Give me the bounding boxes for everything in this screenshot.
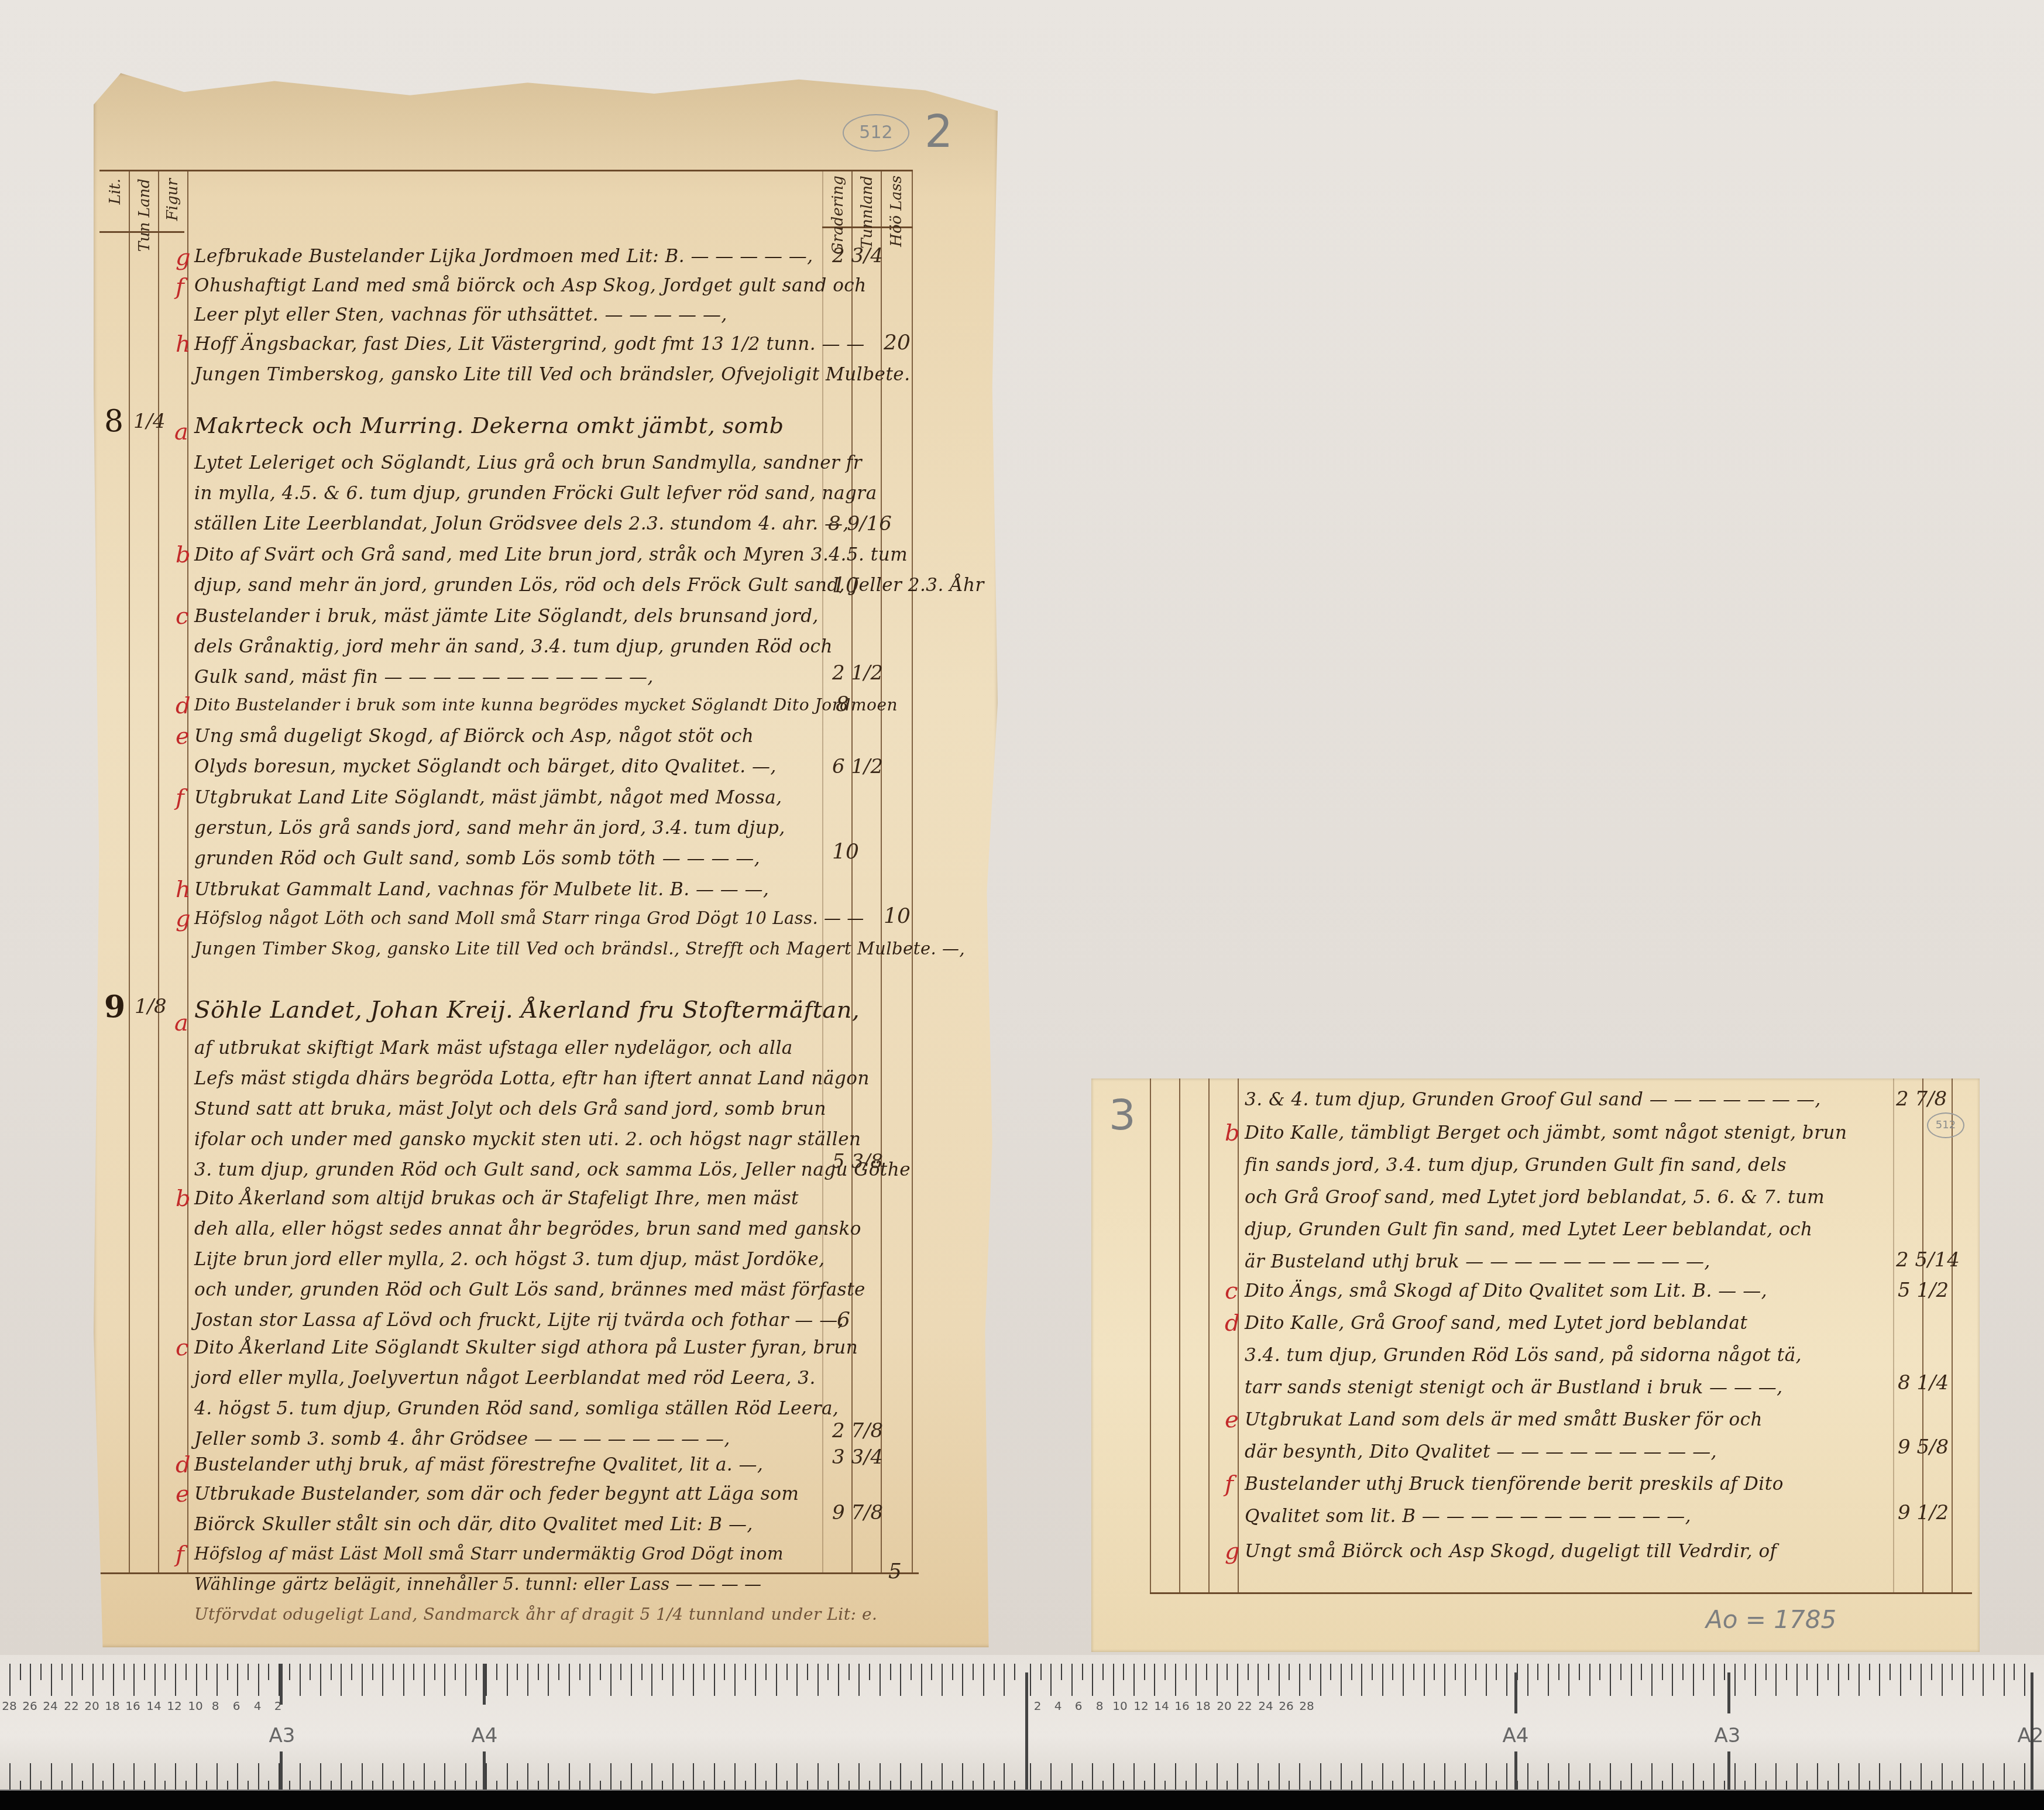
ruler-tick <box>465 1664 466 1696</box>
ruler-tick <box>123 1664 125 1680</box>
ruler-tick <box>1092 1664 1093 1696</box>
entry-line: deh alla, eller högst sedes annat åhr be… <box>194 1218 861 1239</box>
ruler-tick <box>175 1664 176 1696</box>
ruler-tick <box>248 1781 249 1790</box>
ruler-tick <box>382 1664 383 1696</box>
ruler-tick <box>994 1664 995 1680</box>
ruler-tick <box>372 1664 373 1680</box>
ruler-tick <box>1879 1763 1880 1790</box>
entry-line: Höfslog något Löth och sand Moll små Sta… <box>194 908 864 928</box>
ruler-label: 20 <box>1217 1699 1231 1713</box>
ruler-tick <box>1599 1664 1600 1680</box>
ruler-tick <box>1424 1763 1425 1790</box>
ruler-tick <box>1599 1781 1600 1790</box>
ruler-tick <box>1279 1664 1280 1696</box>
tunnland-value: 9 5/8 <box>1898 1435 1949 1459</box>
ruler-tick <box>527 1664 528 1696</box>
ruler-tick <box>393 1664 394 1680</box>
ruler-tick <box>496 1781 497 1790</box>
ruler-tick <box>1320 1664 1321 1696</box>
ruler-tick <box>817 1664 819 1696</box>
ruler-tick <box>61 1781 63 1790</box>
col-rule <box>1893 1079 1894 1593</box>
ruler-tick <box>1403 1763 1404 1790</box>
ruler-tick <box>1703 1781 1704 1790</box>
entry-letter: a <box>174 1009 188 1036</box>
ruler-tick <box>579 1781 580 1790</box>
ruler-label: 16 <box>125 1699 140 1713</box>
ruler-tick <box>1164 1664 1166 1680</box>
ruler-tick <box>1164 1781 1166 1790</box>
ruler-tick <box>113 1664 114 1696</box>
entry-letter: d <box>176 692 191 719</box>
table-bottom-rule <box>1150 1592 1972 1594</box>
ruler-tick <box>776 1664 777 1696</box>
ruler-tick <box>620 1664 621 1680</box>
ruler-tick <box>30 1763 31 1790</box>
ruler-tick <box>1983 1664 1984 1696</box>
ruler-tick <box>1196 1664 1197 1696</box>
entry-letter: f <box>176 784 184 811</box>
ruler-tick <box>1806 1781 1808 1790</box>
ruler-tick <box>1175 1664 1176 1696</box>
ruler-tick <box>1361 1763 1362 1790</box>
ruler-label: 8 <box>1096 1699 1104 1713</box>
entry-line: där besynth, Dito Qvalitet — — — — — — —… <box>1245 1441 1717 1462</box>
ruler-tick <box>1568 1664 1569 1696</box>
column-header-tunland: Tun Land <box>136 178 153 252</box>
ruler-tick <box>1952 1664 1953 1680</box>
entry-line: Dito Bustelander i bruk som inte kunna b… <box>194 695 898 715</box>
entry-line: Ohushaftigt Land med små biörck och Asp … <box>194 275 867 296</box>
ruler-tick <box>2004 1763 2005 1790</box>
ruler-tick <box>1631 1664 1632 1696</box>
ruler-tick <box>931 1781 932 1790</box>
ruler-tick <box>1014 1781 1015 1790</box>
entry-letter: g <box>176 905 191 932</box>
ruler-label: 4 <box>254 1699 262 1713</box>
ruler-tick <box>1900 1763 1901 1790</box>
ruler-tick <box>1662 1664 1663 1680</box>
ruler-tick <box>1424 1664 1425 1696</box>
entry-line: Jostan stor Lassa af Lövd och fruckt, Li… <box>194 1310 844 1331</box>
ruler-tick <box>600 1664 601 1680</box>
ruler-tick <box>1775 1763 1777 1790</box>
page-number: 2 <box>925 105 953 157</box>
entry-letter: g <box>1225 1538 1240 1565</box>
entry-line: Dito Åkerland Lite Söglandt Skulter sigd… <box>194 1337 858 1358</box>
ruler-tick <box>1113 1664 1114 1696</box>
ruler-tick <box>1227 1781 1228 1790</box>
ruler-tick <box>9 1664 11 1696</box>
ruler-tick <box>1693 1763 1694 1790</box>
ruler-tick <box>217 1763 218 1790</box>
ruler-tick <box>703 1781 705 1790</box>
paper-size-label-a4: A4 <box>472 1724 498 1747</box>
entry-line: Jeller somb 3. somb 4. åhr Grödsee — — —… <box>194 1428 730 1450</box>
ruler-tick <box>1713 1763 1715 1790</box>
ruler-tick <box>827 1781 829 1790</box>
ruler-label: 18 <box>1196 1699 1210 1713</box>
ruler-tick <box>1548 1664 1549 1696</box>
ruler-tick <box>1258 1763 1259 1790</box>
ruler-tick <box>2004 1664 2005 1696</box>
ruler-tick <box>1859 1664 1860 1696</box>
col-rule <box>912 170 913 1574</box>
tunnland-value: 8 9/16 <box>828 512 892 535</box>
ruler-tick <box>1475 1781 1476 1790</box>
ruler-tick <box>507 1763 508 1790</box>
ruler-tick <box>1475 1664 1476 1680</box>
ruler-tick <box>444 1763 445 1790</box>
ruler-tick <box>1186 1781 1187 1790</box>
entry-line: djup, Grunden Gult fin sand, med Lytet L… <box>1245 1219 1813 1240</box>
ruler-tick <box>1962 1763 1963 1790</box>
ruler-label: 20 <box>84 1699 99 1713</box>
ruler-tick <box>1734 1763 1736 1790</box>
entry-line: Olyds boresun, mycket Söglandt och bärge… <box>194 756 777 777</box>
ruler-tick <box>206 1664 207 1680</box>
ruler-tick <box>1014 1664 1015 1680</box>
ruler-tick <box>1506 1763 1507 1790</box>
ruler-tick <box>82 1781 83 1790</box>
ruler-tick <box>1931 1781 1932 1790</box>
ruler-tick <box>1341 1763 1342 1790</box>
row-fraction: 1/4 <box>133 410 166 433</box>
ruler-tick <box>548 1763 549 1790</box>
tunnland-value: 10 <box>832 573 859 597</box>
entry-line: och under, grunden Röd och Gult Lös sand… <box>194 1279 865 1300</box>
ruler-tick <box>1755 1763 1756 1790</box>
entry-letter: g <box>176 244 191 271</box>
ruler-tick <box>92 1763 94 1790</box>
ruler-tick <box>1910 1664 1911 1680</box>
ruler-tick <box>102 1781 104 1790</box>
ruler-tick <box>1900 1664 1901 1696</box>
ruler-tick <box>486 1763 487 1790</box>
ruler-tick <box>20 1781 21 1790</box>
ruler-tick <box>1548 1763 1549 1790</box>
ruler-tick <box>71 1763 73 1790</box>
ruler-tick <box>973 1781 974 1790</box>
ruler-tick <box>527 1763 528 1790</box>
ruler-tick <box>1558 1664 1559 1680</box>
paper-size-marker <box>483 1664 486 1705</box>
entry-line: Bustelander i bruk, mäst jämte Lite Sögl… <box>194 606 819 627</box>
column-header-figur: Figur <box>164 178 181 221</box>
ruler-tick <box>1206 1781 1207 1790</box>
ruler-tick <box>1361 1664 1362 1696</box>
ruler-tick <box>1682 1664 1684 1680</box>
entry-letter: c <box>176 603 188 630</box>
entry-line: Jungen Timberskog, gansko Lite till Ved … <box>194 364 911 385</box>
table-top-rule <box>99 170 913 171</box>
ruler-tick <box>745 1664 746 1680</box>
ruler-tick <box>610 1763 612 1790</box>
ruler-tick <box>1983 1763 1984 1790</box>
ruler-tick <box>796 1664 798 1696</box>
ruler-tick <box>1486 1664 1487 1696</box>
ruler-tick <box>1579 1781 1580 1790</box>
ruler-tick <box>1952 1781 1953 1790</box>
ruler-tick <box>538 1781 539 1790</box>
ruler-tick <box>393 1781 394 1790</box>
tunnland-value: 10 <box>832 840 859 864</box>
ruler-tick <box>102 1664 104 1680</box>
ruler-tick <box>1144 1664 1145 1680</box>
ruler-tick <box>921 1763 922 1790</box>
ruler-tick <box>40 1664 42 1680</box>
ruler-tick <box>1744 1664 1746 1680</box>
ruler-tick <box>1942 1763 1943 1790</box>
col-rule <box>158 170 159 1574</box>
ruler-tick <box>1050 1664 1052 1696</box>
ruler-tick <box>268 1781 269 1790</box>
tunnland-value: 8 1/4 <box>1898 1371 1949 1395</box>
ruler-tick <box>672 1664 674 1696</box>
column-header-gradering: Gradering <box>829 176 847 255</box>
ruler-tick <box>1848 1664 1849 1680</box>
ruler-tick <box>1455 1781 1456 1790</box>
ruler-label: 24 <box>43 1699 57 1713</box>
ruler-tick <box>1765 1664 1767 1680</box>
ruler-tick <box>693 1763 694 1790</box>
ruler-tick <box>1786 1664 1787 1680</box>
ruler-tick <box>911 1664 912 1680</box>
ruler-tick <box>600 1781 601 1790</box>
ruler-tick <box>858 1664 860 1696</box>
ruler-tick <box>1651 1664 1653 1696</box>
ruler-tick <box>1092 1763 1093 1790</box>
ruler-label: 4 <box>1054 1699 1062 1713</box>
entry-letter: e <box>176 723 190 750</box>
entry-line: Qvalitet som lit. B — — — — — — — — — — … <box>1245 1506 1691 1527</box>
ruler-tick <box>651 1763 652 1790</box>
ruler-tick <box>300 1664 301 1696</box>
ruler-tick <box>1527 1664 1528 1696</box>
entry-line: Lefbrukade Bustelander Lijka Jordmoen me… <box>194 246 813 267</box>
ruler-tick <box>880 1763 881 1790</box>
col-rule <box>1208 1079 1210 1593</box>
ruler-tick <box>1413 1781 1414 1790</box>
ruler-tick <box>331 1781 332 1790</box>
ruler-tick <box>164 1664 166 1680</box>
ruler-tick <box>921 1664 922 1696</box>
ruler-tick <box>1330 1781 1331 1790</box>
col-rule <box>129 170 130 1574</box>
ruler-tick <box>455 1781 456 1790</box>
ruler-tick <box>1392 1664 1393 1680</box>
entry-line: Bustelander uthj Bruck tienförende berit… <box>1245 1474 1784 1495</box>
entry-line: Gulk sand, mäst fin — — — — — — — — — — … <box>194 667 654 688</box>
ruler-tick <box>465 1763 466 1790</box>
ruler-tick <box>838 1763 839 1790</box>
entry-line: Dito Kalle, tämbligt Berget och jämbt, s… <box>1245 1122 1847 1143</box>
entry-letter: e <box>176 1481 190 1507</box>
paper-size-marker <box>1025 1672 1028 1790</box>
entry-line: ifolar och under med gansko myckit sten … <box>194 1129 861 1150</box>
entry-line: Bustelander uthj bruk, af mäst förestref… <box>194 1454 763 1475</box>
tunnland-value: 9 1/2 <box>1898 1501 1949 1524</box>
ruler-tick <box>786 1664 788 1680</box>
ruler-tick <box>1310 1781 1311 1790</box>
entry-line: tarr sands stenigt stenigt och är Bustla… <box>1245 1377 1783 1398</box>
ruler-tick <box>1786 1781 1787 1790</box>
ruler-tick <box>1827 1781 1829 1790</box>
col-rule <box>1150 1079 1151 1593</box>
ruler-tick <box>1641 1781 1642 1790</box>
tunnland-value: 2 3/4 <box>832 244 883 267</box>
entry-line: Leer plyt eller Sten, vachnas för uthsät… <box>194 304 727 325</box>
entry-line: grunden Röd och Gult sand, somb Lös somb… <box>194 848 760 869</box>
ruler-tick <box>310 1781 311 1790</box>
paper-size-label-a4: A4 <box>1503 1724 1529 1747</box>
entry-line: Ungt små Biörck och Asp Skogd, dugeligt … <box>1245 1541 1777 1562</box>
entry-line: Dito af Svärt och Grå sand, med Lite bru… <box>194 544 908 565</box>
ruler-label: 24 <box>1258 1699 1273 1713</box>
entry-line: dels Grånaktig, jord mehr än sand, 3.4. … <box>194 636 833 657</box>
ruler-tick <box>1620 1664 1622 1680</box>
ruler-tick <box>1351 1664 1352 1680</box>
ruler-tick <box>1206 1664 1207 1680</box>
ruler-tick <box>1662 1781 1663 1790</box>
measurement-ruler: 28 26 24 22 20 18 16 14 12 10 8 6 4 2 2 … <box>0 1655 2044 1791</box>
paper-size-marker <box>1727 1672 1730 1713</box>
ruler-tick <box>51 1664 52 1696</box>
ruler-tick <box>1154 1763 1155 1790</box>
ruler-tick <box>1382 1763 1383 1790</box>
ruler-tick <box>558 1781 559 1790</box>
entry-line: Jungen Timber Skog, gansko Lite till Ved… <box>194 939 965 959</box>
entry-letter: c <box>1225 1277 1238 1304</box>
ruler-tick <box>1838 1763 1839 1790</box>
entry-line: Lefs mäst stigda dhärs begröda Lotta, ef… <box>194 1068 870 1089</box>
ruler-tick <box>341 1664 342 1696</box>
entry-letter: f <box>176 273 184 300</box>
ruler-tick <box>424 1763 425 1790</box>
entry-line: Lytet Leleriget och Söglandt, Lius grå o… <box>194 452 862 473</box>
ruler-label: 22 <box>1237 1699 1252 1713</box>
ruler-tick <box>144 1781 145 1790</box>
entry-line: 3. tum djup, grunden Röd och Gult sand, … <box>194 1159 911 1180</box>
ruler-tick <box>1268 1781 1269 1790</box>
ruler-tick <box>1434 1664 1435 1680</box>
ruler-tick <box>1237 1763 1238 1790</box>
entry-line: är Busteland uthj bruk — — — — — — — — —… <box>1245 1251 1710 1272</box>
ruler-tick <box>807 1781 808 1790</box>
ruler-tick <box>1869 1664 1870 1680</box>
ruler-tick <box>434 1664 435 1680</box>
ruler-tick <box>1672 1763 1673 1790</box>
ruler-tick <box>858 1763 860 1790</box>
ruler-tick <box>154 1664 156 1696</box>
ruler-tick <box>620 1781 621 1790</box>
ruler-tick <box>341 1763 342 1790</box>
ruler-tick <box>610 1664 612 1696</box>
ruler-tick <box>2014 1781 2015 1790</box>
ruler-tick <box>413 1664 414 1680</box>
ruler-tick <box>838 1664 839 1696</box>
entry-line: Dito Åkerland som altijd brukas och är S… <box>194 1188 799 1209</box>
ruler-tick <box>1817 1763 1818 1790</box>
ruler-tick <box>403 1763 404 1790</box>
ruler-tick <box>1496 1664 1497 1680</box>
ruler-tick <box>1341 1664 1342 1696</box>
ruler-tick <box>569 1664 570 1696</box>
paper-size-marker <box>280 1664 283 1705</box>
ruler-tick <box>745 1781 746 1790</box>
entry-heading-line: Makrteck och Murring. Dekerna omkt jämbt… <box>194 413 784 438</box>
ruler-tick <box>248 1664 249 1680</box>
ruler-tick <box>1703 1664 1704 1680</box>
ruler-tick <box>1050 1763 1052 1790</box>
ruler-tick <box>1030 1664 1031 1696</box>
paper-size-marker <box>1514 1751 1517 1790</box>
hoo-lass-value: 10 <box>884 904 911 928</box>
ruler-tick <box>807 1664 808 1680</box>
col-rule <box>1179 1079 1180 1593</box>
ruler-tick <box>123 1781 125 1790</box>
ruler-tick <box>1227 1664 1228 1680</box>
ruler-tick <box>1869 1781 1870 1790</box>
ruler-tick <box>382 1763 383 1790</box>
scanner-edge <box>0 1791 2044 1810</box>
ruler-tick <box>1382 1664 1383 1696</box>
ruler-tick <box>1258 1664 1259 1696</box>
ruler-label: 10 <box>188 1699 202 1713</box>
col-rule <box>1952 1079 1953 1593</box>
ruler-tick <box>1071 1763 1073 1790</box>
ruler-tick <box>869 1664 870 1680</box>
ruler-tick <box>1827 1664 1829 1680</box>
ruler-tick <box>40 1781 42 1790</box>
archive-number-stamp: 512 <box>843 114 909 152</box>
row-number: 9 <box>104 989 125 1025</box>
entry-letter: a <box>174 418 188 445</box>
ruler-tick <box>1724 1781 1725 1790</box>
entry-line: Ung små dugeligt Skogd, af Biörck och As… <box>194 726 754 747</box>
entry-letter: b <box>176 1185 191 1212</box>
ruler-label: 26 <box>22 1699 37 1713</box>
ruler-tick <box>1631 1763 1632 1790</box>
ruler-tick <box>1071 1664 1073 1696</box>
ruler-tick <box>1279 1763 1280 1790</box>
ruler-tick <box>444 1664 445 1696</box>
ruler-tick <box>714 1763 715 1790</box>
ruler-tick <box>983 1763 984 1790</box>
ruler-label: 22 <box>64 1699 78 1713</box>
row-number: 8 <box>104 404 123 439</box>
ruler-tick <box>1558 1781 1559 1790</box>
ruler-tick <box>133 1664 135 1696</box>
ruler-tick <box>1217 1763 1218 1790</box>
ruler-tick <box>962 1664 963 1696</box>
entry-line: Utgbrukat Land som dels är med smått Bus… <box>1245 1409 1763 1430</box>
ruler-tick <box>662 1781 663 1790</box>
ruler-tick <box>579 1664 580 1680</box>
ruler-tick <box>1299 1664 1300 1696</box>
ruler-tick <box>1910 1781 1911 1790</box>
ruler-tick <box>517 1664 518 1680</box>
ruler-tick <box>1465 1763 1466 1790</box>
ruler-tick <box>1744 1781 1746 1790</box>
ruler-label: 16 <box>1174 1699 1189 1713</box>
ruler-tick <box>1651 1763 1653 1790</box>
archive-number-stamp: 512 <box>1927 1112 1964 1138</box>
ruler-tick <box>1123 1664 1124 1680</box>
ruler-tick <box>1568 1763 1569 1790</box>
ruler-tick <box>1672 1664 1673 1696</box>
